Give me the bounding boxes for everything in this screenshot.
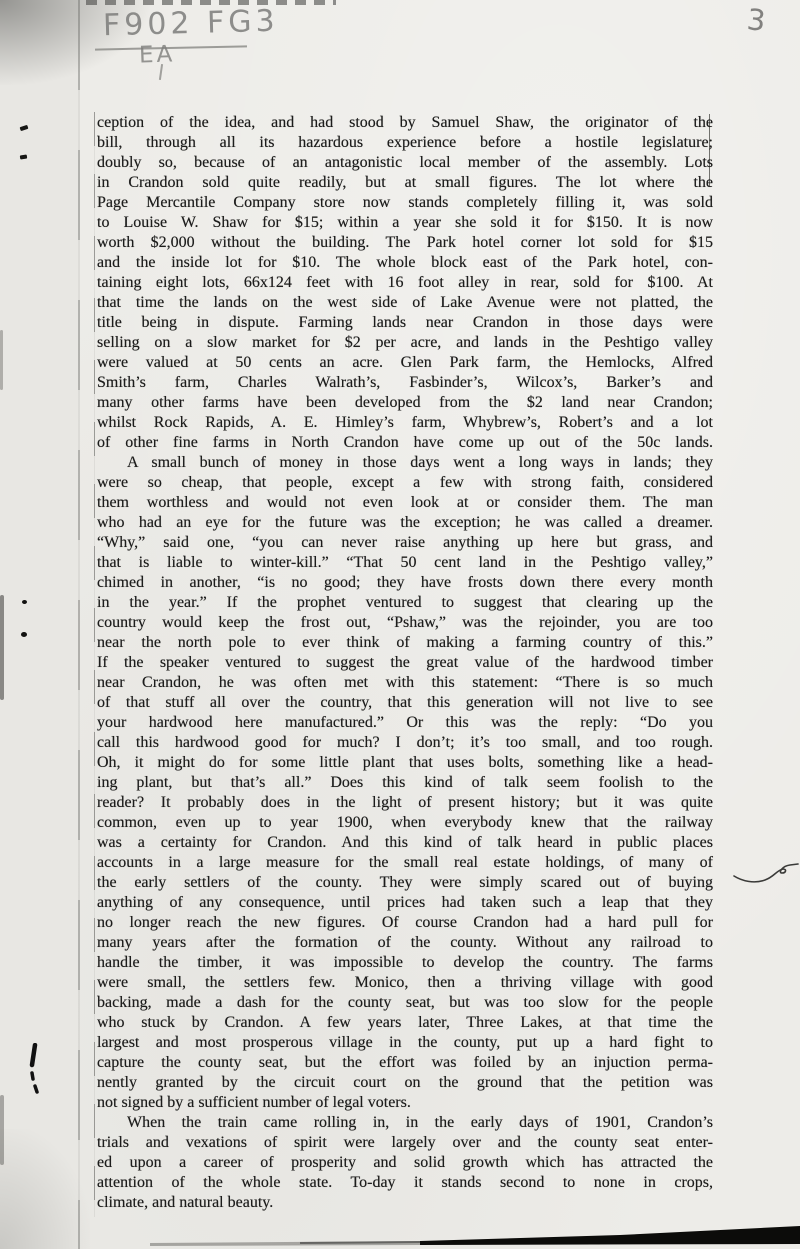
- text-line: chimed in another, “is no good; they hav…: [97, 573, 713, 593]
- text-line: not signed by a sufficient number of leg…: [97, 1093, 713, 1113]
- text-line: trials and vexations of spirit were larg…: [97, 1133, 713, 1153]
- text-line: bill, through all its hazardous experien…: [97, 133, 713, 153]
- scan-top-edge: [86, 0, 336, 5]
- text-left-margin-line: [94, 112, 95, 1217]
- text-line: no longer reach the new figures. Of cour…: [97, 913, 713, 933]
- text-line: accounts in a large measure for the smal…: [97, 853, 713, 873]
- text-line: were small, the settlers few. Monico, th…: [97, 973, 713, 993]
- edge-smudge: [0, 1095, 4, 1165]
- text-line: When the train came rolling in, in the e…: [97, 1113, 713, 1133]
- text-line: in Crandon sold quite readily, but at sm…: [97, 173, 713, 193]
- text-line: who stuck by Crandon. A few years later,…: [97, 1013, 713, 1033]
- text-line: Oh, it might do for some little plant th…: [97, 753, 713, 773]
- text-line: many other farms have been developed fro…: [97, 393, 713, 413]
- text-line: your hardwood here manufactured.” Or thi…: [97, 713, 713, 733]
- paragraph: A small bunch of money in those days wen…: [97, 453, 713, 1113]
- page-fold-line: [78, 0, 80, 1249]
- text-line: of that stuff all over the country, that…: [97, 693, 713, 713]
- text-line: ing plant, but that’s all.” Does this ki…: [97, 773, 713, 793]
- text-line: common, even up to year 1900, when every…: [97, 813, 713, 833]
- text-line: were valued at 50 cents an acre. Glen Pa…: [97, 353, 713, 373]
- text-line: Page Mercantile Company store now stands…: [97, 193, 713, 213]
- text-line: near Crandon, he was often met with this…: [97, 673, 713, 693]
- text-line: ception of the idea, and had stood by Sa…: [97, 113, 713, 133]
- scan-bottom-band: [0, 1215, 800, 1249]
- ink-squiggle-mark: [730, 860, 800, 888]
- text-line: in the year.” If the prophet ventured to…: [97, 593, 713, 613]
- margin-ink-dot: [22, 600, 27, 604]
- margin-exclamation-mark: [26, 1043, 42, 1099]
- paragraph: ception of the idea, and had stood by Sa…: [97, 113, 713, 453]
- text-line: many years after the formation of the co…: [97, 933, 713, 953]
- text-line: taining eight lots, 66x124 feet with 16 …: [97, 273, 713, 293]
- margin-ink-dot: [21, 632, 27, 637]
- paragraph: When the train came rolling in, in the e…: [97, 1113, 713, 1213]
- text-line: call this hardwood good for much? I don’…: [97, 733, 713, 753]
- text-line: that is liable to winter-kill.” “That 50…: [97, 553, 713, 573]
- text-line: to Louise W. Shaw for $15; within a year…: [97, 213, 713, 233]
- scanned-page: F902 FG3 EA 3 ception of the idea, and h…: [0, 0, 800, 1249]
- text-line: anything of any consequence, until price…: [97, 893, 713, 913]
- text-line: title being in dispute. Farming lands ne…: [97, 313, 713, 333]
- handwritten-call-number-sub: EA: [139, 41, 176, 68]
- text-line: doubly so, because of an antagonistic lo…: [97, 153, 713, 173]
- text-line: nently granted by the circuit court on t…: [97, 1073, 713, 1093]
- text-line: the early settlers of the county. They w…: [97, 873, 713, 893]
- text-line: near the north pole to ever think of mak…: [97, 633, 713, 653]
- text-line: “Why,” said one, “you can never raise an…: [97, 533, 713, 553]
- text-line: backing, made a dash for the county seat…: [97, 993, 713, 1013]
- text-line: was a certainty for Crandon. And this ki…: [97, 833, 713, 853]
- text-line: climate, and natural beauty.: [97, 1193, 713, 1213]
- handwritten-call-number: F902 FG3: [103, 4, 280, 44]
- text-line: worth $2,000 without the building. The P…: [97, 233, 713, 253]
- text-line: and the inside lot for $10. The whole bl…: [97, 253, 713, 273]
- text-line: largest and most prosperous village in t…: [97, 1033, 713, 1053]
- text-line: that time the lands on the west side of …: [97, 293, 713, 313]
- text-line: whilst Rock Rapids, A. E. Himley’s farm,…: [97, 413, 713, 433]
- text-line: who had an eye for the future was the ex…: [97, 513, 713, 533]
- text-line: ed upon a career of prosperity and solid…: [97, 1153, 713, 1173]
- text-line: attention of the whole state. To-day it …: [97, 1173, 713, 1193]
- edge-smudge: [0, 330, 3, 390]
- text-line: them worthless and would not even look a…: [97, 493, 713, 513]
- text-line: selling on a slow market for $2 per acre…: [97, 333, 713, 353]
- text-line: handle the timber, it was impossible to …: [97, 953, 713, 973]
- edge-smudge: [0, 595, 4, 700]
- text-line: of other fine farms in North Crandon hav…: [97, 433, 713, 453]
- text-line: Smith’s farm, Charles Walrath’s, Fasbind…: [97, 373, 713, 393]
- text-line: country would keep the frost out, “Pshaw…: [97, 613, 713, 633]
- text-body: ception of the idea, and had stood by Sa…: [97, 113, 713, 1213]
- text-line: If the speaker ventured to suggest the g…: [97, 653, 713, 673]
- text-line: were so cheap, that people, except a few…: [97, 473, 713, 493]
- text-line: reader? It probably does in the light of…: [97, 793, 713, 813]
- text-line: A small bunch of money in those days wen…: [97, 453, 713, 473]
- handwritten-page-number: 3: [745, 2, 767, 38]
- text-line: capture the county seat, but the effort …: [97, 1053, 713, 1073]
